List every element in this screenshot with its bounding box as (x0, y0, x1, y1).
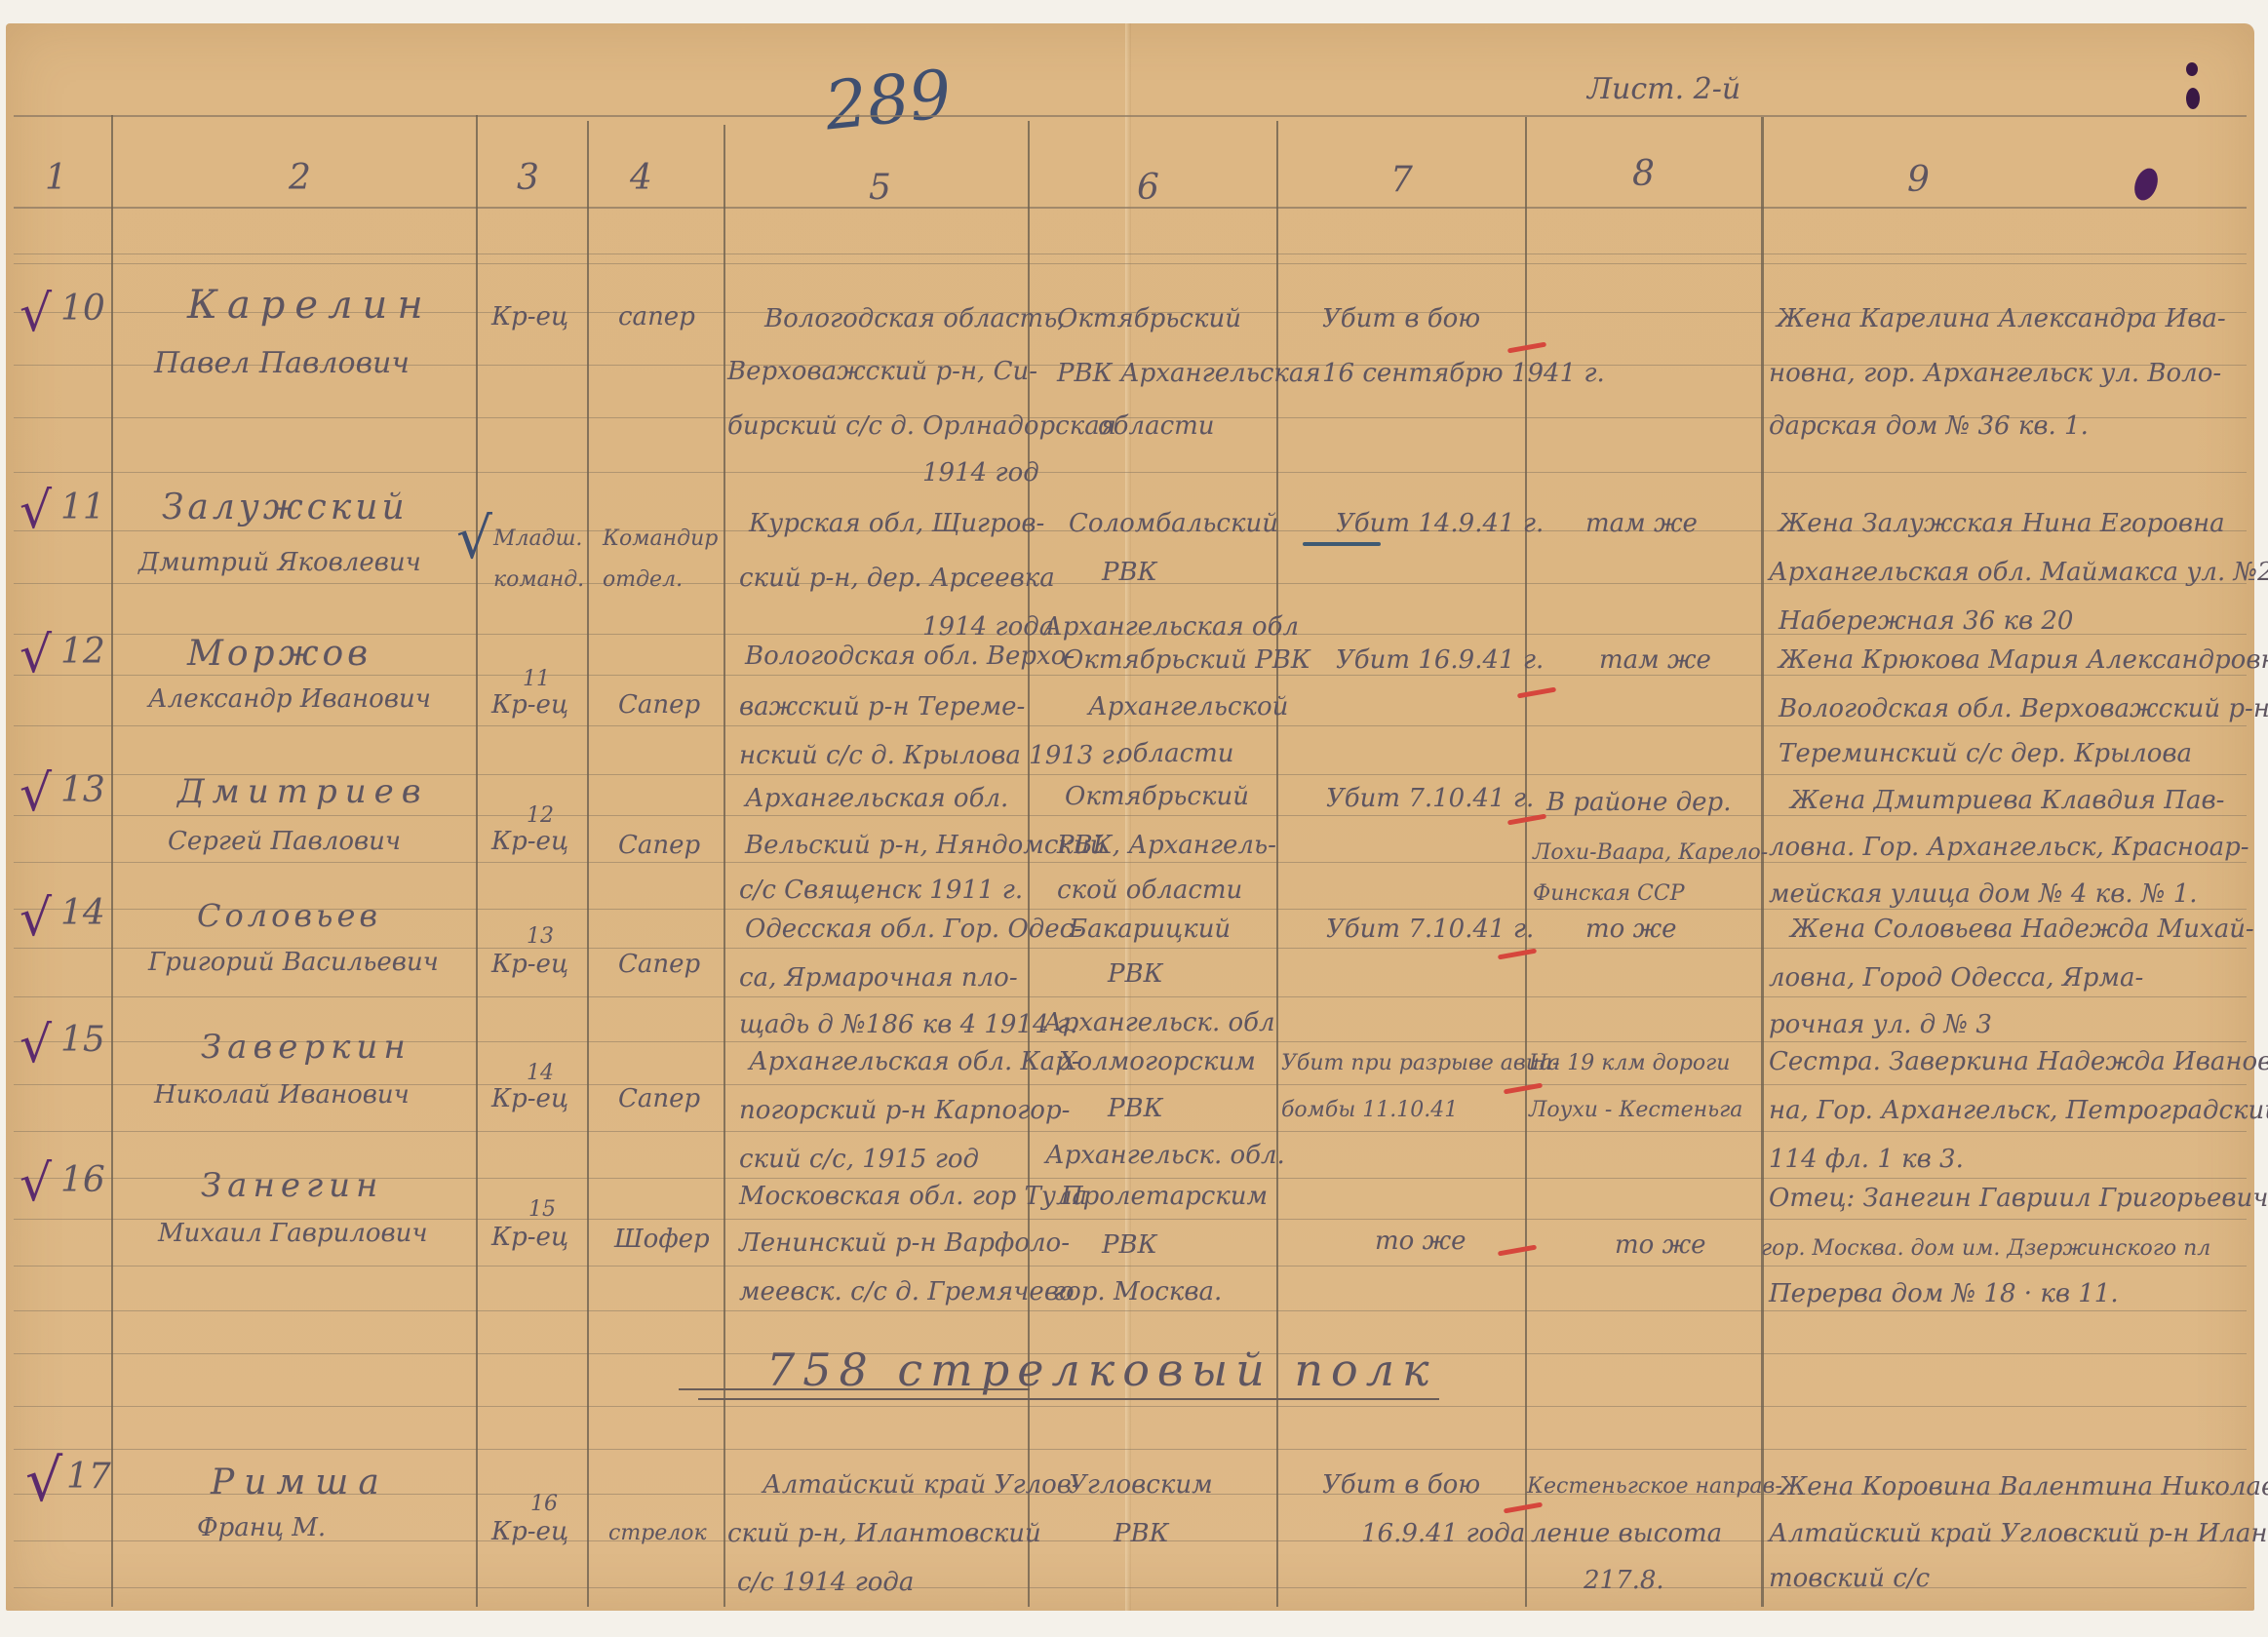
position: Сапер (618, 692, 700, 718)
check-mark-icon: √ (25, 1447, 62, 1515)
check-mark-icon: √ (20, 285, 52, 343)
ruled-line (14, 1449, 2247, 1450)
relatives-line: рочная ул. д № 3 (1769, 1012, 1992, 1037)
check-mark-icon: √ (20, 764, 52, 823)
relatives-line: Жена Крюкова Мария Александровна (1779, 647, 2268, 673)
birthplace-line: меевск. с/с д. Гремячево (739, 1279, 1075, 1305)
column-number-1: 1 (45, 158, 67, 198)
ruled-line (14, 1310, 2247, 1311)
draft-office-line: РВК (1114, 1521, 1169, 1546)
column-number-8: 8 (1632, 154, 1655, 194)
fate-line: Убит 16.9.41 г. (1336, 647, 1544, 673)
column-divider (723, 125, 725, 1607)
rank: Младш. команд. (493, 519, 581, 601)
rank-index: 12 (527, 803, 554, 828)
relatives-line: Жена Карелина Александра Ива- (1777, 306, 2226, 331)
rank-index: 15 (528, 1197, 556, 1222)
record-number: 11 (60, 487, 105, 527)
ruled-line (14, 862, 2247, 863)
relatives-line: Тереминский с/с дер. Крылова (1779, 741, 2192, 766)
given-names: Михаил Гаврилович (158, 1221, 428, 1246)
page-stamp-number: 289 (821, 56, 955, 145)
birthplace-line: Ленинский р-н Варфоло- (739, 1230, 1070, 1256)
red-pencil-mark (1498, 1245, 1537, 1257)
burial-line: Финская ССР (1533, 881, 1685, 906)
relatives-line: новна, гор. Архангельск ул. Воло- (1769, 361, 2221, 386)
relatives-line: гор. Москва. дом им. Дзержинского пл (1761, 1236, 2210, 1261)
surname: Занегин (201, 1166, 383, 1205)
relatives-line: Жена Соловьева Надежда Михай- (1790, 916, 2254, 942)
relatives-line: Алтайский край Угловский р-н Илан- (1769, 1521, 2268, 1546)
relatives-line: 114 фл. 1 кв 3. (1769, 1147, 1964, 1172)
surname: Моржов (187, 634, 371, 674)
burial-line: Лоухи - Кестеньга (1529, 1098, 1742, 1122)
relatives-line: Набережная 36 кв 20 (1779, 608, 2073, 634)
record-number: 14 (60, 893, 105, 933)
red-pencil-mark (1504, 1502, 1543, 1514)
draft-office-line: Архангельск. обл. (1045, 1143, 1285, 1168)
draft-office-line: Архангельской (1088, 694, 1288, 720)
birthplace-line: с/с 1914 года (737, 1570, 914, 1595)
rule (14, 253, 2247, 254)
given-names: Павел Павлович (154, 349, 410, 378)
fate-line: бомбы 11.10.41 (1281, 1098, 1458, 1122)
fate-line: то же (1375, 1228, 1466, 1254)
birthplace-line: Вологодская обл. Верхо- (745, 643, 1075, 669)
birthplace-line: Вельский р-н, Няндомский (745, 833, 1106, 858)
rank: Кр-ец (491, 952, 568, 977)
birthplace-line: нский с/с д. Крылова 1913 г. (739, 743, 1122, 768)
birthplace-line: 1914 года (922, 614, 1054, 640)
draft-office-line: Архангельская обл (1043, 614, 1299, 640)
birthplace-line: Алтайский край Углов- (763, 1472, 1080, 1498)
column-divider (476, 115, 478, 1607)
birthplace-line: Архангельская обл. Кар- (749, 1049, 1080, 1074)
column-number-2: 2 (289, 158, 311, 198)
rule (14, 263, 2247, 264)
red-pencil-mark (1507, 342, 1546, 354)
red-pencil-mark (1517, 687, 1556, 699)
rank: Кр-ец (491, 1519, 568, 1544)
surname: Соловьев (197, 897, 381, 934)
draft-office-line: Октябрьский РВК (1063, 647, 1310, 673)
draft-office-line: Бакарицкий (1069, 916, 1231, 942)
ruled-line (14, 1406, 2247, 1407)
ink-blot (2186, 62, 2198, 76)
relatives-line: Отец: Занегин Гавриил Григорьевич (1769, 1186, 2268, 1211)
fate-line: Убит в бою (1322, 306, 1480, 331)
birthplace-line: Архангельская обл. (745, 786, 1008, 811)
relatives-line: ловна, Город Одесса, Ярма- (1769, 965, 2143, 991)
fate-line: Убит 14.9.41 г. (1336, 511, 1544, 536)
draft-office-line: РВК (1108, 961, 1163, 987)
birthplace-line: ский р-н, Илантовский (727, 1521, 1041, 1546)
column-number-6: 6 (1137, 168, 1159, 208)
ruled-line (14, 725, 2247, 726)
birthplace-line: Одесская обл. Гор. Одес- (745, 916, 1082, 942)
relatives-line: Жена Коровина Валентина Николаевна (1779, 1474, 2268, 1500)
relatives-line: ловна. Гор. Архангельск, Красноар- (1769, 835, 2249, 860)
column-number-5: 5 (869, 168, 891, 208)
column-divider (1525, 117, 1527, 1607)
check-mark-icon: √ (20, 626, 52, 684)
fate-line: 16.9.41 года (1361, 1521, 1525, 1546)
rank: Кр-ец (491, 304, 568, 330)
birthplace-line: с/с Священск 1911 г. (739, 877, 1023, 903)
rank-index: 16 (530, 1492, 558, 1516)
check-mark-icon: √ (20, 1154, 52, 1213)
rank-index: 13 (527, 924, 554, 949)
column-divider (587, 121, 589, 1607)
burial-line: то же (1585, 916, 1677, 942)
rank-index: 11 (523, 667, 550, 691)
header-top-rule (14, 115, 2247, 117)
draft-office-line: ской области (1057, 877, 1242, 903)
draft-office-line: РВК Архангельская (1057, 361, 1321, 386)
birthplace-line: са, Ярмарочная пло- (739, 965, 1018, 991)
ink-blot (2186, 88, 2200, 109)
position: Шофер (614, 1227, 710, 1252)
draft-office-line: РВК (1102, 560, 1157, 585)
record-number: 16 (60, 1160, 105, 1200)
check-mark-icon: √ (20, 482, 52, 540)
relatives-line: Вологодская обл. Верховажский р-н (1779, 696, 2268, 721)
relatives-line: на, Гор. Архангельск, Петроградский (1769, 1098, 2268, 1123)
given-names: Франц М. (197, 1515, 326, 1540)
given-names: Николай Иванович (154, 1082, 410, 1108)
birthplace-line: щадь д №186 кв 4 1914 г. (739, 1012, 1077, 1037)
rank: Кр-ец (491, 1225, 568, 1250)
ruled-line (14, 996, 2247, 997)
draft-office-line: Архангельск. обл (1043, 1010, 1275, 1035)
burial-line: Кестеньгское направ- (1527, 1474, 1782, 1499)
draft-office-line: РВК (1108, 1096, 1163, 1121)
draft-office-line: Холмогорским (1059, 1049, 1256, 1074)
draft-office-line: РВК, Архангель- (1057, 833, 1276, 858)
ruled-line (14, 1266, 2247, 1267)
draft-office-line: области (1117, 741, 1234, 766)
surname: Римша (211, 1462, 389, 1502)
surname: Карелин (187, 283, 433, 328)
column-number-9: 9 (1907, 160, 1930, 200)
ruled-line (14, 1131, 2247, 1132)
birthplace-line: Московская обл. гор Тула (739, 1184, 1087, 1209)
ink-blot (2131, 165, 2162, 203)
relatives-line: Архангельская обл. Маймакса ул. №24 (1769, 560, 2268, 585)
relatives-line: Жена Залужская Нина Егоровна (1779, 511, 2225, 536)
draft-office-line: Пролетарским (1061, 1184, 1268, 1209)
rank: Кр-ец (491, 692, 568, 718)
burial-line: то же (1615, 1232, 1706, 1258)
record-number: 10 (60, 289, 105, 329)
burial-line: там же (1585, 511, 1698, 536)
heading-underline (679, 1388, 1030, 1390)
given-names: Сергей Павлович (168, 829, 401, 854)
given-names: Александр Иванович (148, 686, 431, 712)
position: Сапер (618, 833, 700, 858)
birthplace-line: погорский р-н Карпогор- (739, 1098, 1070, 1123)
fate-line: Убит в бою (1322, 1472, 1480, 1498)
ruled-line (14, 815, 2247, 816)
column-number-4: 4 (630, 158, 652, 198)
position: Сапер (618, 1086, 700, 1111)
relatives-line: мейская улица дом № 4 кв. № 1. (1769, 881, 2198, 907)
burial-line: Лохи-Ваара, Карело- (1533, 840, 1768, 865)
blue-pencil-mark (1303, 542, 1381, 546)
draft-office-line: Угловским (1069, 1472, 1213, 1498)
burial-line: 217.8. (1584, 1568, 1664, 1593)
header-bottom-rule (14, 207, 2247, 209)
draft-office-line: области (1098, 413, 1215, 439)
column-divider (111, 115, 113, 1607)
given-names: Дмитрий Яковлевич (138, 550, 421, 575)
birthplace-line: Курская обл, Щигров- (749, 511, 1044, 536)
surname: Залужский (162, 487, 409, 527)
birthplace-line: Вологодская область, (764, 306, 1066, 331)
surname: Заверкин (201, 1028, 411, 1067)
ruled-line (14, 472, 2247, 473)
relatives-line: дарская дом № 36 кв. 1. (1769, 413, 2089, 439)
burial-line: На 19 клм дороги (1529, 1051, 1730, 1075)
record-number: 13 (60, 770, 105, 810)
fate-line: Убит 7.10.41 г. (1326, 786, 1534, 811)
column-number-3: 3 (517, 158, 539, 198)
position: Сапер (618, 952, 700, 977)
birthplace-line: ский с/с, 1915 год (739, 1147, 979, 1172)
birthplace-line: бирский с/с д. Орлнадорская (727, 413, 1116, 439)
draft-office-line: Соломбальский (1069, 511, 1278, 536)
fate-line: Убит при разрыве авиа- (1281, 1051, 1559, 1075)
surname: Дмитриев (177, 772, 429, 811)
given-names: Григорий Васильевич (148, 950, 439, 975)
rank: Кр-ец (491, 1086, 568, 1111)
rank: Кр-ец (491, 829, 568, 854)
record-number: 17 (66, 1457, 111, 1497)
fate-line: Убит 7.10.41 г. (1326, 916, 1534, 942)
check-mark-icon: √ (20, 889, 52, 948)
draft-office-line: Октябрьский (1057, 306, 1241, 331)
position: сапер (618, 304, 695, 330)
check-mark-icon: √ (20, 1016, 52, 1074)
draft-office-line: РВК (1102, 1232, 1157, 1258)
position: Командир отдел. (603, 519, 720, 601)
birthplace-line: ский р-н, дер. Арсеевка (739, 565, 1055, 591)
heading-underline (698, 1398, 1439, 1400)
burial-line: В районе дер. (1546, 790, 1731, 815)
sheet-label: Лист. 2-й (1587, 72, 1740, 106)
relatives-line: Сестра. Заверкина Надежда Иванов- (1769, 1049, 2268, 1074)
relatives-line: Перерва дом № 18 · кв 11. (1769, 1281, 2119, 1306)
birthplace-line: Верховажский р-н, Си- (727, 359, 1037, 384)
draft-office-line: Октябрьский (1065, 784, 1249, 809)
rank-index: 14 (527, 1061, 554, 1085)
fate-line: 16 сентябрю 1941 г. (1322, 361, 1605, 386)
relatives-line: Жена Дмитриева Клавдия Пав- (1790, 788, 2224, 813)
check-mark-icon: √ (456, 505, 492, 571)
ruled-line (14, 675, 2247, 676)
ledger-sheet: 289 Лист. 2-й 1 2 3 4 5 6 7 8 9 √ 10 Кар… (6, 23, 2254, 1611)
relatives-line: товский с/с (1769, 1566, 1930, 1591)
birthplace-line: 1914 год (922, 460, 1039, 486)
record-number: 12 (60, 632, 105, 672)
birthplace-line: важский р-н Тереме- (739, 694, 1025, 720)
column-number-7: 7 (1390, 160, 1413, 200)
record-number: 15 (60, 1020, 105, 1060)
burial-line: ление высота (1531, 1521, 1722, 1546)
draft-office-line: гор. Москва. (1053, 1279, 1222, 1305)
position: стрелок (608, 1521, 707, 1545)
red-pencil-mark (1498, 949, 1537, 960)
burial-line: там же (1599, 647, 1711, 673)
